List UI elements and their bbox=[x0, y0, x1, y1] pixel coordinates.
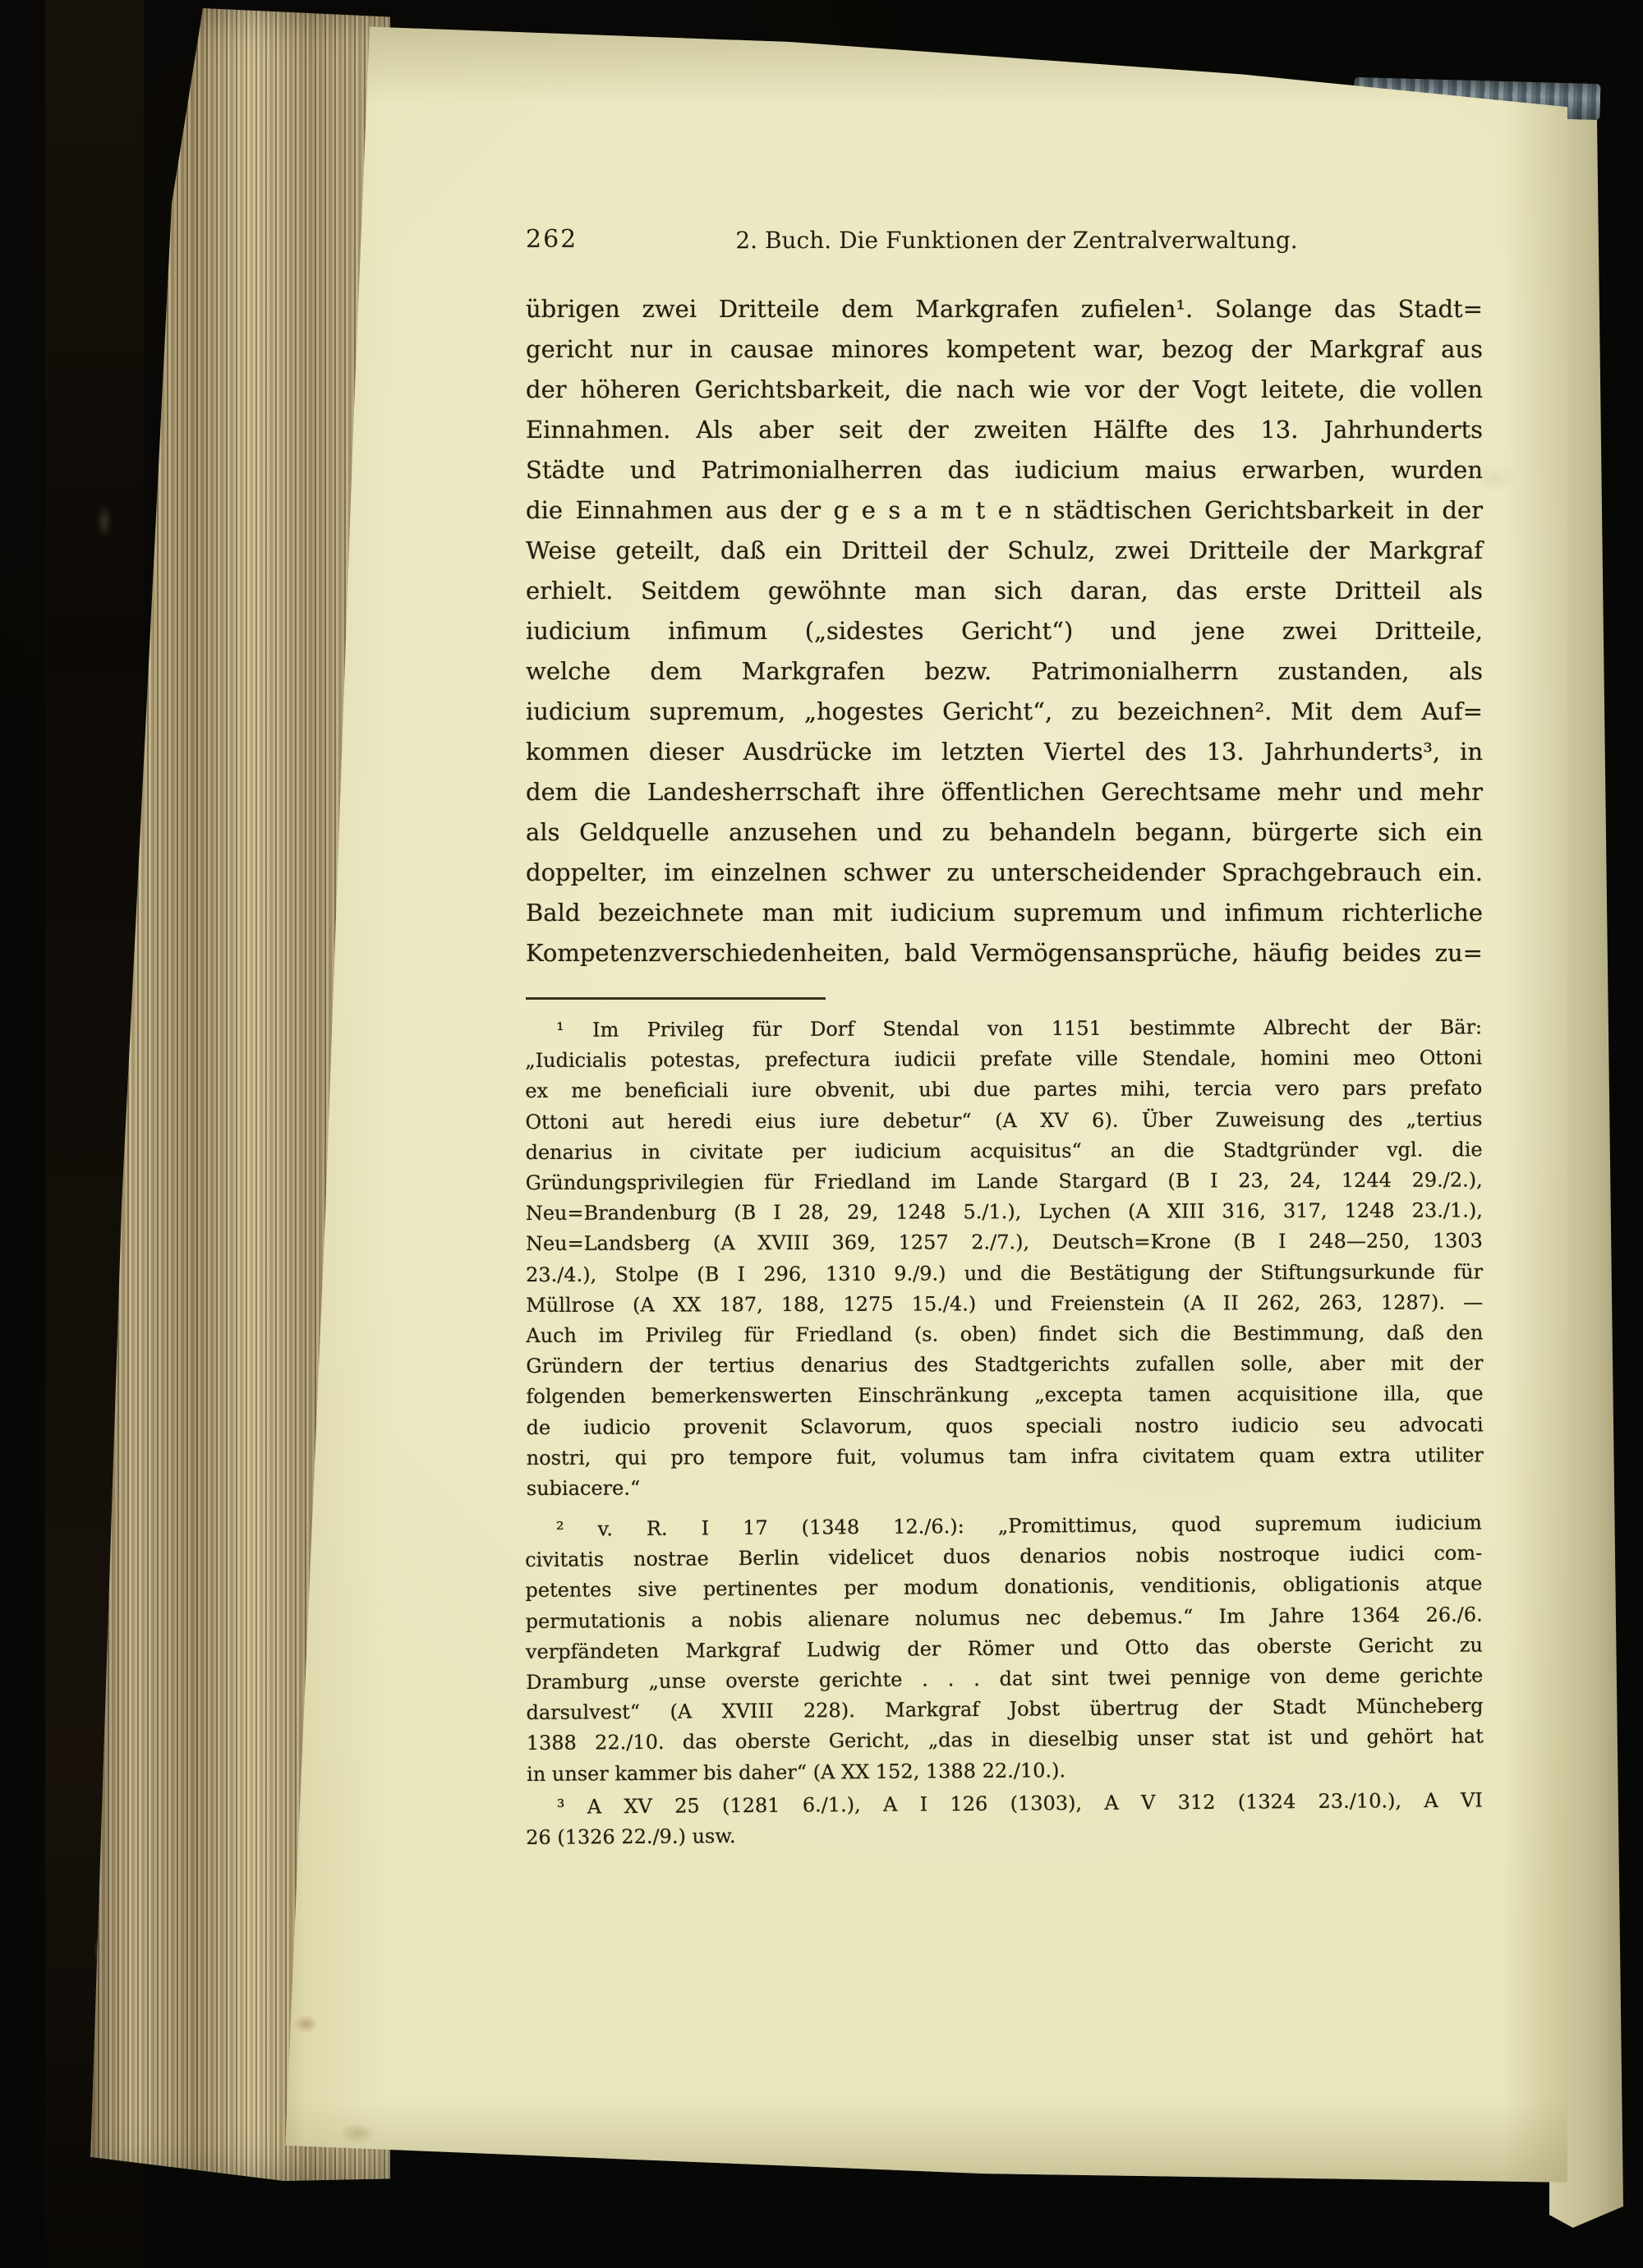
book-page: 262 2. Buch. Die Funktionen der Zentralv… bbox=[271, 18, 1567, 2187]
text-line: die Einnahmen aus der g e s a m t e n st… bbox=[526, 490, 1483, 531]
text-line: Weise geteilt, daß ein Dritteil der Schu… bbox=[526, 531, 1483, 571]
text-line: Kompetenzverschiedenheiten, bald Vermöge… bbox=[526, 933, 1483, 973]
text-line: kommen dieser Ausdrücke im letzten Viert… bbox=[526, 732, 1483, 772]
footnote-separator bbox=[526, 997, 826, 1000]
text-line: subiacere.“ bbox=[527, 1470, 1484, 1504]
footnote-3: ³ A XV 25 (1281 6./1.), A I 126 (1303), … bbox=[526, 1785, 1484, 1853]
running-header: 2. Buch. Die Funktionen der Zentralverwa… bbox=[600, 227, 1434, 254]
text-line: als Geldquelle anzusehen und zu behandel… bbox=[526, 812, 1483, 853]
text-line: gericht nur in causae minores kompetent … bbox=[526, 329, 1483, 370]
footnote-2: ² v. R. I 17 (1348 12./6.): „Promittimus… bbox=[525, 1507, 1484, 1789]
text-line: folgenden bemerkenswerten Einschränkung … bbox=[526, 1379, 1483, 1413]
text-line: iudicium infimum („sidestes Gericht“) un… bbox=[526, 611, 1483, 651]
text-line: de iudicio provenit Sclavorum, quos spec… bbox=[527, 1410, 1484, 1443]
text-line: doppelter, im einzelnen schwer zu unters… bbox=[526, 853, 1483, 893]
text-line: Neu=Landsberg (A XVIII 369, 1257 2./7.),… bbox=[526, 1226, 1483, 1260]
text-line: ¹ Im Privileg für Dorf Stendal von 1151 … bbox=[525, 1012, 1482, 1046]
text-line: iudicium supremum, „hogestes Gericht“, z… bbox=[526, 692, 1483, 732]
text-line: dem die Landesherrschaft ihre öffentlich… bbox=[526, 772, 1483, 812]
footnote-1: ¹ Im Privileg für Dorf Stendal von 1151 … bbox=[525, 1012, 1484, 1504]
text-line: 23./4.), Stolpe (B I 296, 1310 9./9.) un… bbox=[526, 1257, 1483, 1290]
text-line: in unser kammer bis daher“ (A XX 152, 13… bbox=[527, 1752, 1484, 1790]
text-line: Bald bezeichnete man mit iudicium suprem… bbox=[526, 893, 1483, 933]
text-line: Neu=Brandenburg (B I 28, 29, 1248 5./1.)… bbox=[526, 1196, 1483, 1230]
book-scan: 262 2. Buch. Die Funktionen der Zentralv… bbox=[0, 0, 1643, 2268]
text-line: Gründungsprivilegien für Friedland im La… bbox=[526, 1165, 1483, 1198]
text-line: ex me beneficiali iure obvenit, ubi due … bbox=[525, 1074, 1482, 1107]
page-header: 262 2. Buch. Die Funktionen der Zentralv… bbox=[526, 225, 1483, 261]
text-line: der höheren Gerichtsbarkeit, die nach wi… bbox=[526, 370, 1483, 410]
text-line: „Iudicialis potestas, prefectura iudicii… bbox=[525, 1043, 1482, 1077]
text-line: denarius in civitate per iudicium acquis… bbox=[526, 1134, 1483, 1168]
text-line: Einnahmen. Als aber seit der zweiten Häl… bbox=[526, 410, 1483, 450]
text-line: nostri, qui pro tempore fuit, volumus ta… bbox=[527, 1440, 1484, 1474]
body-paragraph: übrigen zwei Dritteile dem Markgrafen zu… bbox=[526, 289, 1483, 973]
text-line: Gründern der tertius denarius des Stadtg… bbox=[526, 1349, 1483, 1382]
page-number: 262 bbox=[526, 225, 578, 254]
text-line: Ottoni aut heredi eius iure debetur“ (A … bbox=[525, 1104, 1482, 1138]
text-line: 26 (1326 22./9.) usw. bbox=[526, 1816, 1483, 1854]
text-line: Städte und Patrimonialherren das iudiciu… bbox=[526, 450, 1483, 490]
text-line: welche dem Markgrafen bezw. Patrimonialh… bbox=[526, 651, 1483, 692]
text-line: erhielt. Seitdem gewöhnte man sich daran… bbox=[526, 571, 1483, 611]
text-line: Auch im Privileg für Friedland (s. oben)… bbox=[526, 1318, 1483, 1351]
text-line: übrigen zwei Dritteile dem Markgrafen zu… bbox=[526, 289, 1483, 329]
text-line: Müllrose (A XX 187, 188, 1275 15./4.) un… bbox=[526, 1287, 1483, 1321]
